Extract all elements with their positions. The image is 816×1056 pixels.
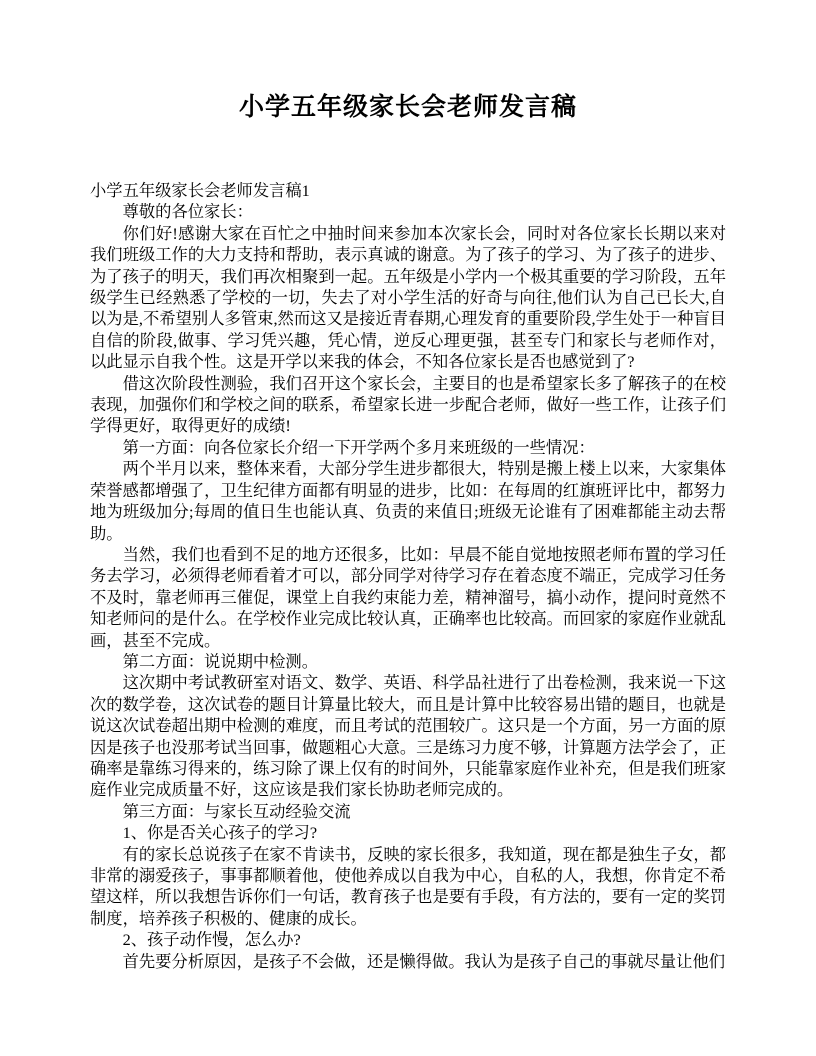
paragraph: 小学五年级家长会老师发言稿1 [90,180,726,201]
paragraph: 第一方面：向各位家长介绍一下开学两个多月来班级的一些情况： [90,437,726,458]
document-title: 小学五年级家长会老师发言稿 [90,88,726,128]
paragraph: 1、你是否关心孩子的学习? [90,822,726,843]
document-body: 小学五年级家长会老师发言稿1尊敬的各位家长：你们好!感谢大家在百忙之中抽时间来参… [90,180,726,972]
paragraph: 这次期中考试教研室对语文、数学、英语、科学品社进行了出卷检测，我来说一下这次的数… [90,672,726,800]
paragraph: 第二方面：说说期中检测。 [90,651,726,672]
paragraph: 首先要分析原因，是孩子不会做，还是懒得做。我认为是孩子自己的事就尽量让他们 [90,951,726,972]
paragraph: 尊敬的各位家长： [90,201,726,222]
paragraph: 借这次阶段性测验，我们召开这个家长会，主要目的也是希望家长多了解孩子的在校表现，… [90,373,726,437]
paragraph: 两个半月以来，整体来看，大部分学生进步都很大，特别是搬上楼上以来，大家集体荣誉感… [90,458,726,544]
paragraph: 2、孩子动作慢，怎么办? [90,929,726,950]
paragraph: 你们好!感谢大家在百忙之中抽时间来参加本次家长会，同时对各位家长长期以来对我们班… [90,223,726,373]
paragraph: 当然，我们也看到不足的地方还很多，比如：早晨不能自觉地按照老师布置的学习任务去学… [90,544,726,651]
paragraph: 第三方面：与家长互动经验交流 [90,801,726,822]
document-page: 小学五年级家长会老师发言稿 小学五年级家长会老师发言稿1尊敬的各位家长：你们好!… [0,0,816,1056]
paragraph: 有的家长总说孩子在家不肯读书，反映的家长很多，我知道，现在都是独生子女，都非常的… [90,844,726,930]
